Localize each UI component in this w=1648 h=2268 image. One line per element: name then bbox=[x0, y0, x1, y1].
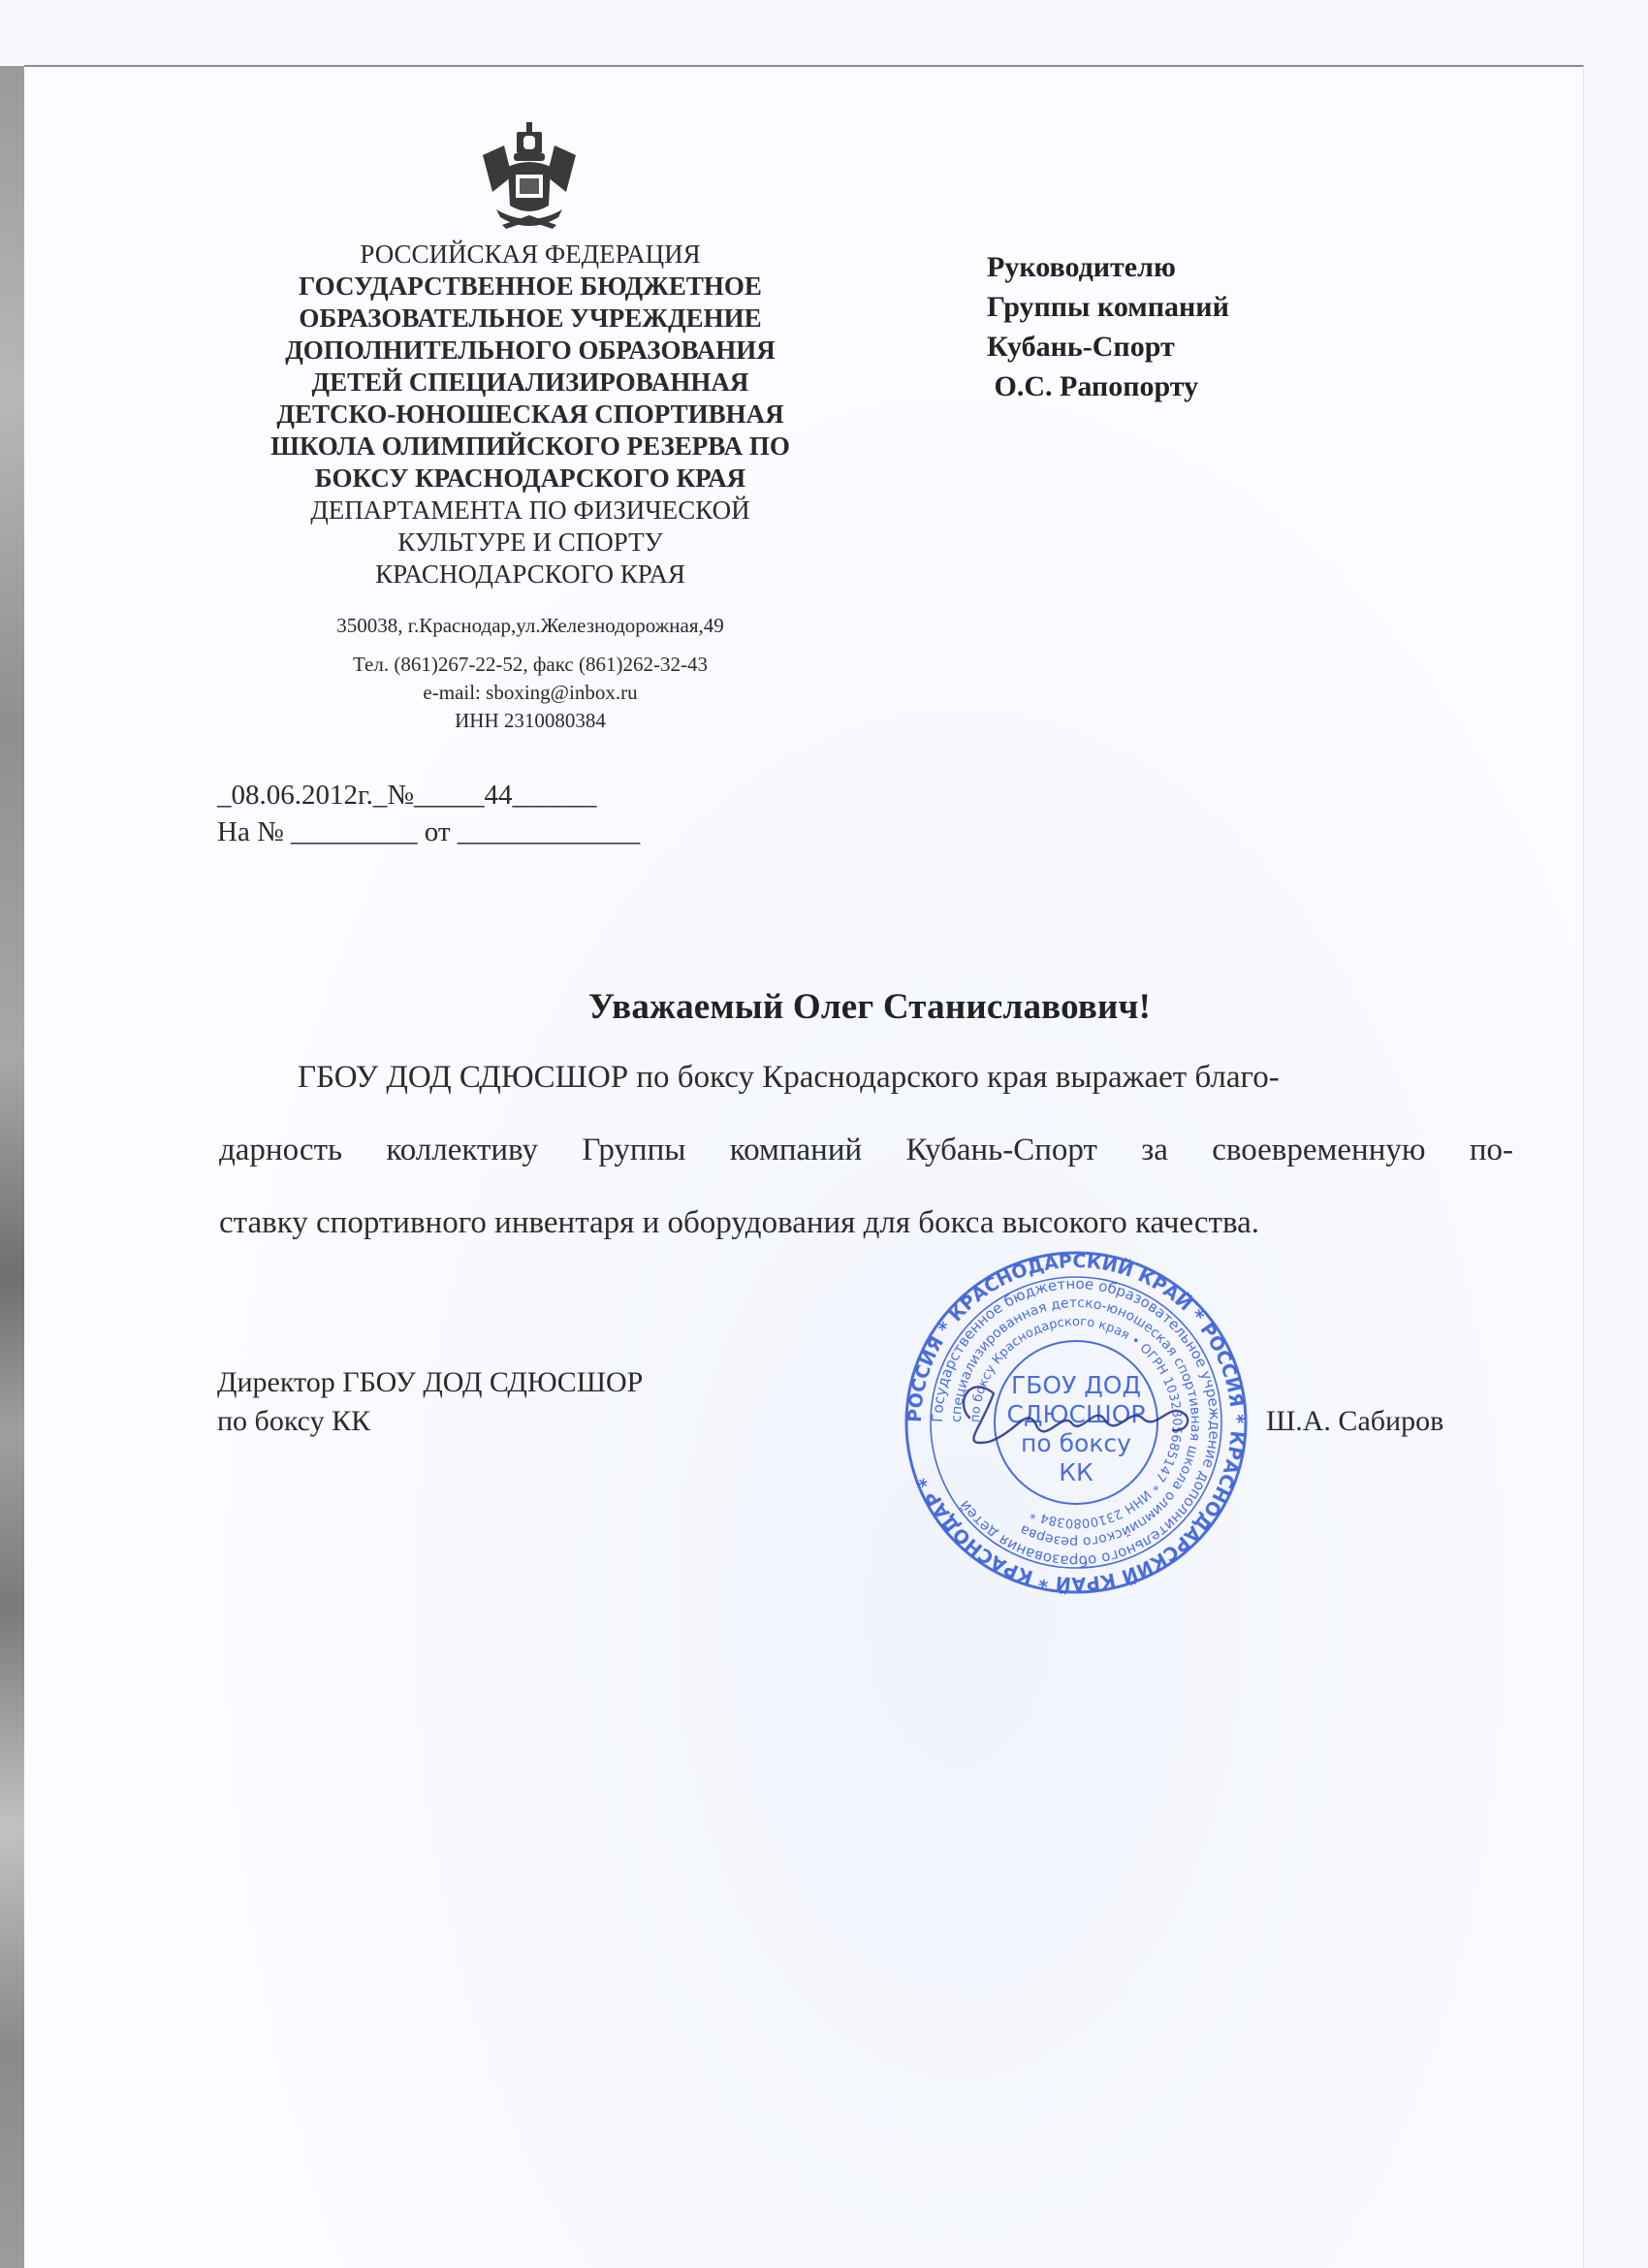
recipient-line: О.С. Рапопорту bbox=[987, 367, 1229, 406]
incoming-reference: На № _________ от _____________ bbox=[217, 814, 640, 850]
letterhead-email: e-mail: sboxing@inbox.ru bbox=[423, 681, 637, 705]
scanner-edge-shadow bbox=[0, 66, 24, 2268]
org-line: БОКСУ КРАСНОДАРСКОГО КРАЯ bbox=[270, 463, 790, 495]
recipient-line: Группы компаний bbox=[987, 287, 1229, 327]
salutation: Уважаемый Олег Станиславович! bbox=[588, 986, 1151, 1028]
recipient-line: Руководителю bbox=[987, 247, 1229, 287]
org-line: ГОСУДАРСТВЕННОЕ БЮДЖЕТНОЕ bbox=[270, 271, 790, 303]
stamp-center-line: СДЮСШОР bbox=[1007, 1400, 1146, 1428]
signatory-name: Ш.А. Сабиров bbox=[1266, 1402, 1443, 1441]
org-line: ДЕТЕЙ СПЕЦИАЛИЗИРОВАННАЯ bbox=[270, 367, 790, 399]
stamp-center-line: ГБОУ ДОД bbox=[1011, 1371, 1141, 1399]
org-line: ДОПОЛНИТЕЛЬНОГО ОБРАЗОВАНИЯ bbox=[270, 335, 790, 367]
dept-line: КРАСНОДАРСКОГО КРАЯ bbox=[270, 559, 790, 591]
stamp-center-line: КК bbox=[1059, 1458, 1093, 1486]
official-seal-stamp: РОССИЯ * КРАСНОДАРСКИЙ КРАЙ * РОССИЯ * К… bbox=[902, 1248, 1251, 1597]
signatory-title-line: по боксу КК bbox=[217, 1402, 370, 1441]
letterhead-country: РОССИЙСКАЯ ФЕДЕРАЦИЯ bbox=[360, 239, 700, 271]
org-line: ОБРАЗОВАТЕЛЬНОЕ УЧРЕЖДЕНИЕ bbox=[270, 303, 790, 335]
org-line: ДЕТСКО-ЮНОШЕСКАЯ СПОРТИВНАЯ bbox=[270, 399, 790, 431]
dept-line: ДЕПАРТАМЕНТА ПО ФИЗИЧЕСКОЙ bbox=[270, 495, 790, 527]
recipient-block: Руководителю Группы компаний Кубань-Спор… bbox=[987, 247, 1229, 406]
outgoing-reference: _08.06.2012г._№_____44______ bbox=[217, 777, 597, 814]
body-line: дарность коллективу Группы компаний Куба… bbox=[219, 1133, 1513, 1168]
letterhead-address: 350038, г.Краснодар,ул.Железнодорожная,4… bbox=[336, 614, 724, 638]
body-line: ГБОУ ДОД СДЮСШОР по боксу Краснодарского… bbox=[298, 1060, 1280, 1096]
org-line: ШКОЛА ОЛИМПИЙСКОГО РЕЗЕРВА ПО bbox=[270, 431, 790, 463]
stamp-center-line: по боксу bbox=[1021, 1429, 1131, 1457]
dept-line: КУЛЬТУРЕ И СПОРТУ bbox=[270, 527, 790, 559]
letterhead-phone: Тел. (861)267-22-52, факс (861)262-32-43 bbox=[353, 653, 708, 677]
recipient-line: Кубань-Спорт bbox=[987, 327, 1229, 367]
body-line: ставку спортивного инвентаря и оборудова… bbox=[219, 1205, 1259, 1241]
letterhead-inn: ИНН 2310080384 bbox=[455, 709, 606, 733]
signatory-title-line: Директор ГБОУ ДОД СДЮСШОР bbox=[217, 1363, 643, 1402]
letterhead-organization: ГОСУДАРСТВЕННОЕ БЮДЖЕТНОЕ ОБРАЗОВАТЕЛЬНО… bbox=[270, 271, 790, 591]
coat-of-arms-icon bbox=[475, 120, 584, 239]
